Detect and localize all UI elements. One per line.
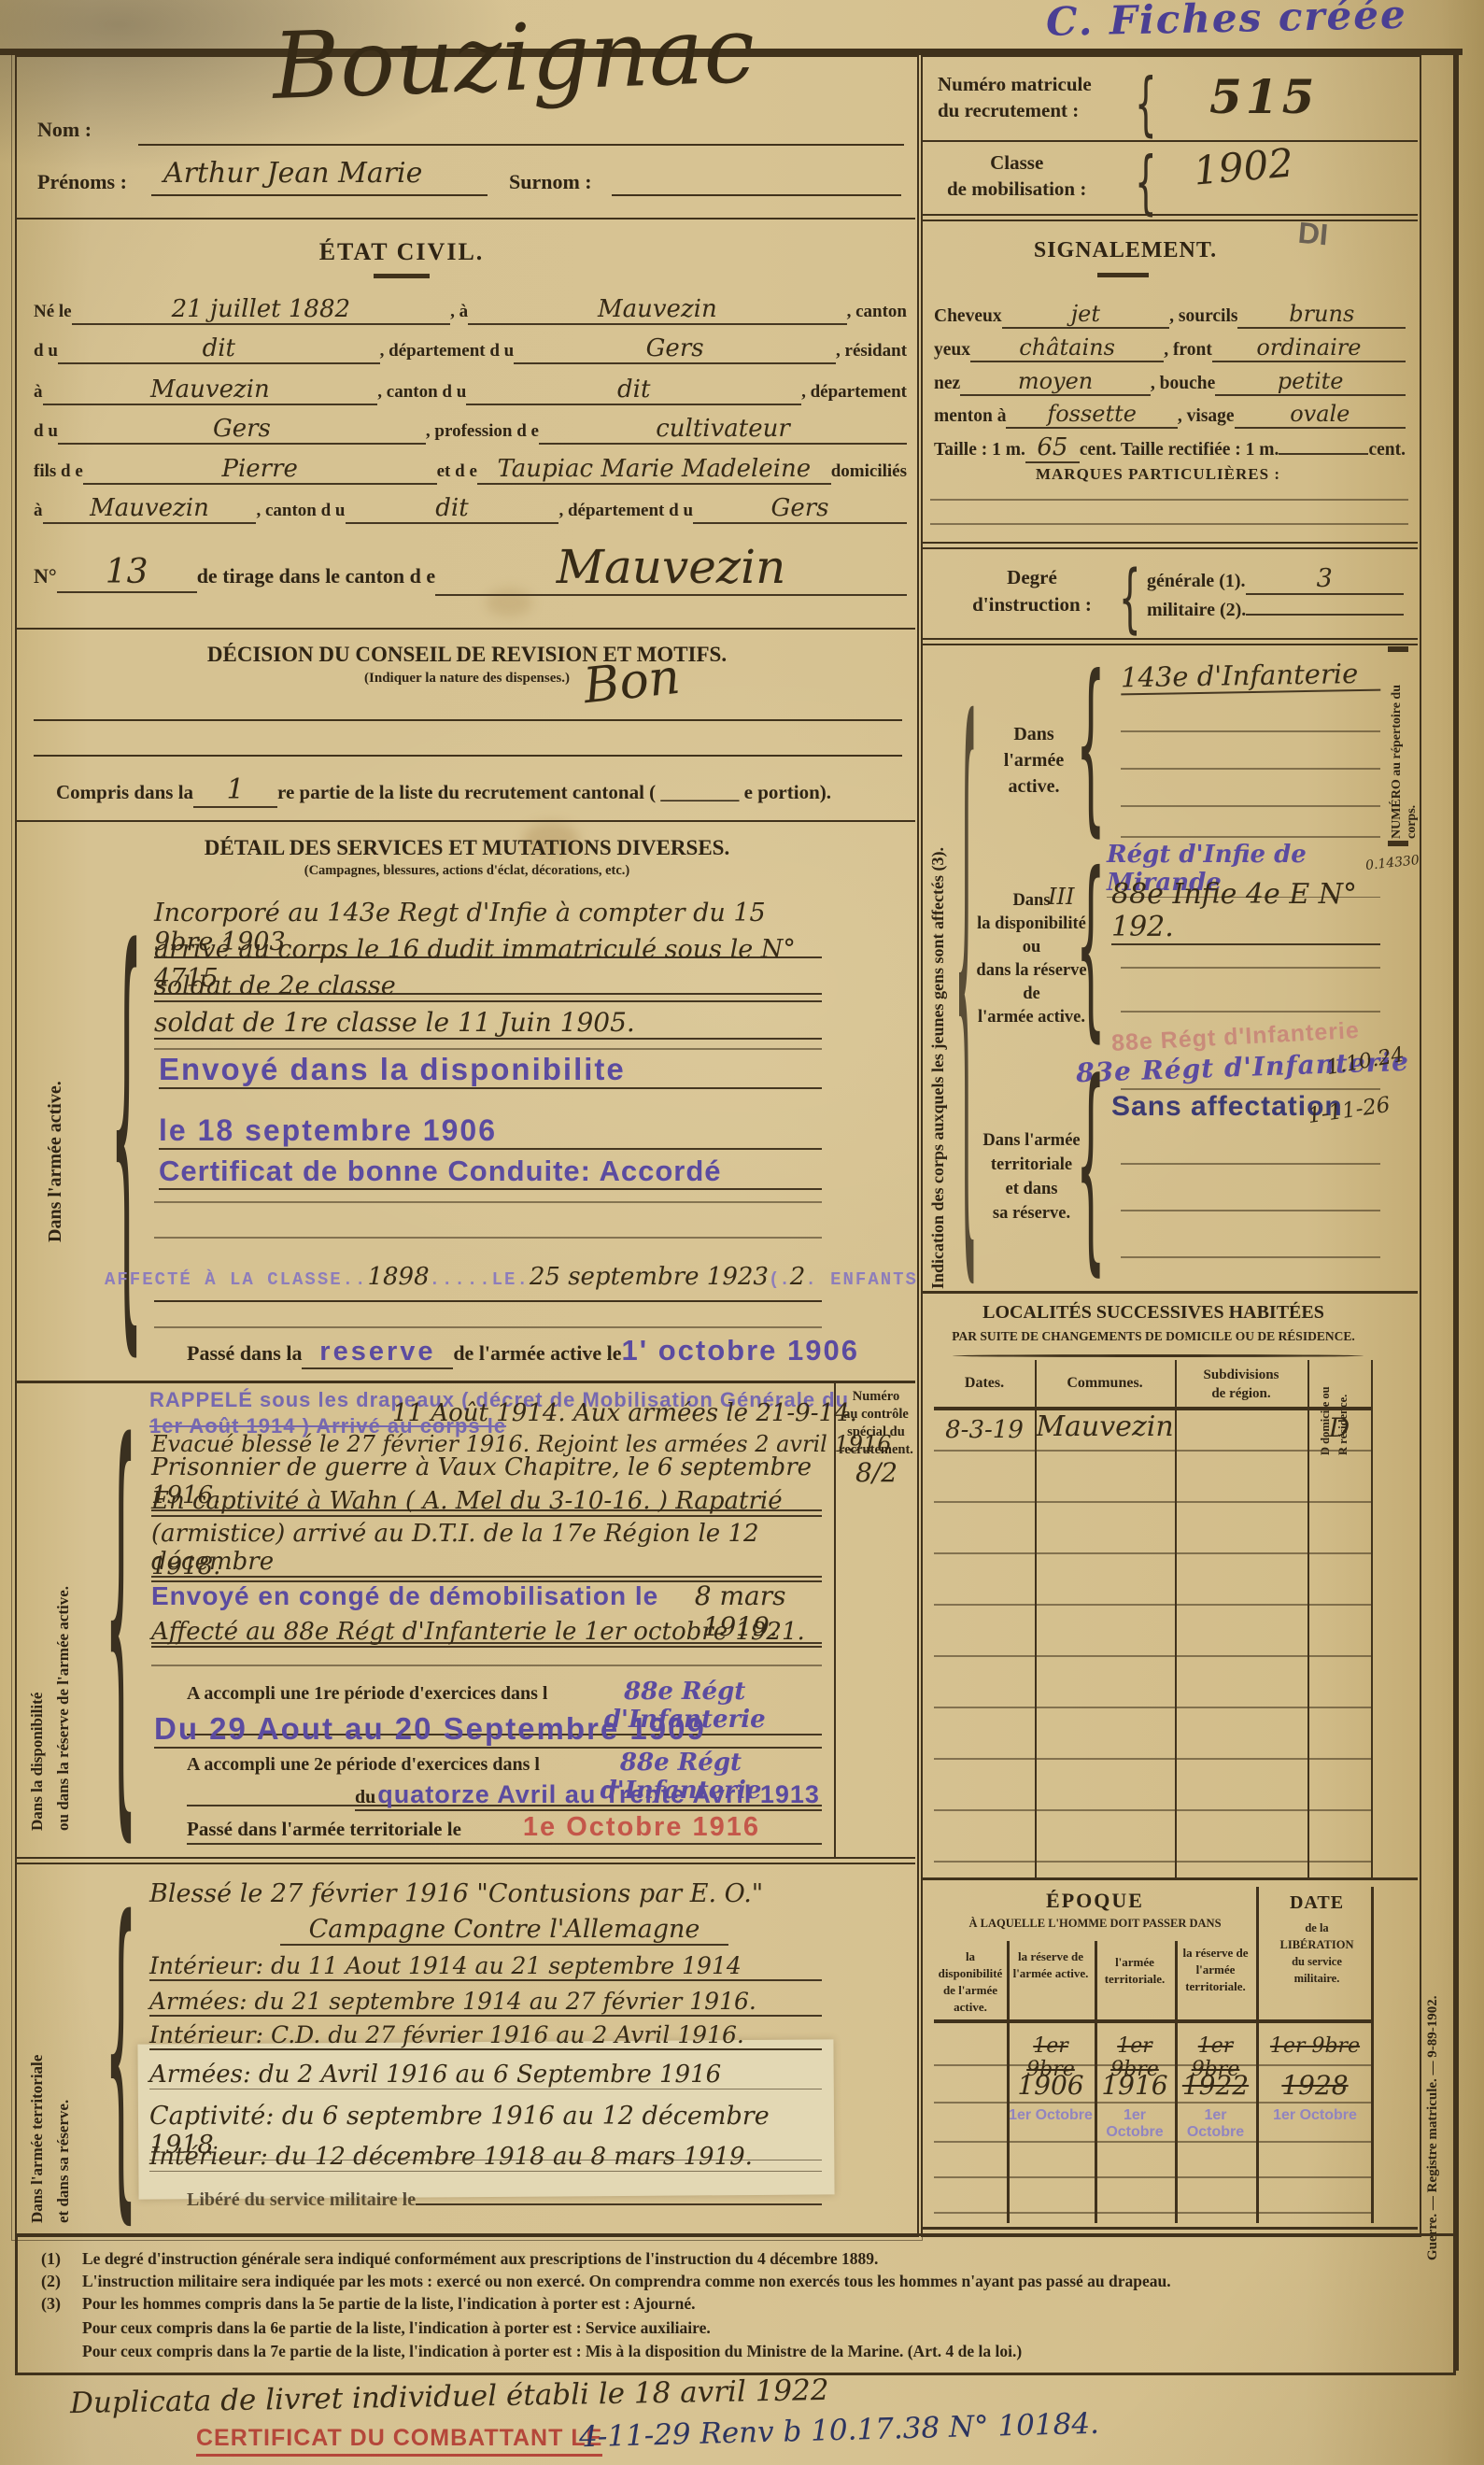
- epoque-subtitle: À LAQUELLE L'HOMME DOIT PASSER DANS: [934, 1917, 1256, 1931]
- epoque-hw-entry: 1er 9bre: [1261, 2034, 1369, 2058]
- libere-line: Libéré du service militaire le: [187, 2189, 822, 2211]
- divider: [15, 820, 915, 822]
- militaire-blank: [1246, 614, 1404, 616]
- label-line: de: [1023, 985, 1040, 1003]
- armee-active-side-label: Dans l'armée active.: [45, 934, 66, 1242]
- octobre-stamp: 1er Octobre: [1177, 2107, 1254, 2141]
- affecte-classe-value: 1898: [367, 1263, 429, 1291]
- compris-num: 1: [193, 773, 277, 808]
- disponibilite-side-label: Dans la disponibilité ou dans la réserve…: [24, 1401, 82, 1831]
- degre-militaire-row: militaire (2).: [1147, 600, 1404, 621]
- side-label-line: Dans la disponibilité: [28, 1693, 46, 1831]
- octobre-1916-stamp: 1e Octobre 1916: [461, 1812, 822, 1843]
- etat-civil-line-5: fils d e Pierre et d e Taupiac Marie Mad…: [34, 455, 907, 485]
- divider: [15, 628, 915, 630]
- passe-mid: de l'armée active le: [453, 1341, 621, 1366]
- table-row-line: [934, 2212, 1371, 2214]
- passe-territoriale-line: Passé dans l'armée territoriale le 1e Oc…: [187, 1812, 822, 1845]
- classe-label: Classe de mobilisation :: [947, 149, 1086, 202]
- divider: [921, 1877, 1418, 1880]
- armistice-entry-2: 1918.: [151, 1552, 822, 1582]
- section-divider: [15, 1381, 915, 1383]
- blank-line: [1121, 967, 1380, 969]
- label-line: Subdivisions: [1204, 1367, 1279, 1382]
- departement-label: , département d u: [558, 501, 693, 521]
- signalement-title: SIGNALEMENT.: [971, 238, 1279, 263]
- residant-label: , résidant: [836, 341, 907, 361]
- epoque-col4-header: la réserve de l'armée territoriale.: [1177, 1945, 1254, 1995]
- blank-line: [930, 499, 1408, 501]
- compris-pre: Compris dans la: [56, 781, 193, 804]
- brace: [1076, 652, 1106, 839]
- tirage-label: de tirage dans le canton d e: [197, 564, 435, 588]
- divider: [921, 547, 1418, 549]
- sourcils-label: , sourcils: [1169, 306, 1237, 327]
- section-brace: [105, 1394, 137, 1842]
- epoque-column-line: [1256, 1887, 1259, 2223]
- armees-entry: Armées: du 2 Avril 1916 au 6 Septembre 1…: [149, 2061, 822, 2090]
- campagne-entry: Campagne Contre l'Allemagne: [280, 1915, 728, 1946]
- table-row-line: [934, 1552, 1371, 1554]
- service-entry: soldat de 2e classe: [154, 971, 822, 1002]
- col-header-dates: Dates.: [934, 1375, 1035, 1392]
- table-column-line: [1175, 1360, 1177, 1877]
- taille-label: Taille : 1 m.: [934, 440, 1025, 460]
- ne-label: Né le: [34, 302, 72, 322]
- armee-active-label: Dans l'armée active.: [982, 721, 1085, 800]
- nez-value: moyen: [960, 368, 1151, 396]
- label-line: territoriale: [991, 1155, 1072, 1174]
- octobre-stamp: 1er Octobre: [1261, 2107, 1369, 2124]
- blank-line: [1121, 730, 1380, 732]
- reserve-stamp: reserve: [302, 1337, 453, 1369]
- divider: [921, 638, 1418, 640]
- classe-value: 1902: [1192, 139, 1295, 193]
- localite-row-commune: Mauvezin: [1035, 1410, 1175, 1443]
- divider: [921, 220, 1418, 221]
- numero-repertoire-label: NUMÉRO au répertoire du corps.: [1390, 656, 1420, 839]
- taille-rectifiee-label: cent. Taille rectifiée : 1 m.: [1080, 440, 1279, 460]
- disponibilite-label: Dans la disponibilité ou dans la réserve…: [973, 889, 1090, 1029]
- fils-label: fils d e: [34, 461, 83, 482]
- label-line: la disponibilité: [977, 914, 1086, 933]
- label-line: de la: [1305, 1921, 1328, 1934]
- blank-line: [154, 1326, 822, 1328]
- services-subtitle: (Campagnes, blessures, actions d'éclat, …: [93, 863, 841, 879]
- outer-right-border: [1453, 49, 1459, 2371]
- canton-label: , canton d u: [256, 501, 345, 521]
- taille-rectifiee-blank: [1279, 453, 1368, 455]
- birth-place: Mauvezin: [468, 295, 846, 325]
- passe-reserve-line: Passé dans la reserve de l'armée active …: [187, 1334, 859, 1369]
- certificat-combattant-stamp: CERTIFICAT DU COMBATTANT LE: [196, 2425, 602, 2457]
- signalement-row: menton à fossette , visage ovale: [934, 401, 1406, 429]
- epoque-year: 1916: [1096, 2070, 1173, 2101]
- label-line: sa réserve.: [993, 1204, 1070, 1223]
- label-line: ou: [1023, 938, 1041, 956]
- blank-line: [154, 1201, 822, 1203]
- mother-name: Taupiac Marie Madeleine: [477, 455, 831, 485]
- a-label: à: [34, 501, 43, 521]
- affecte-pre: AFFECTÉ À LA CLASSE..: [105, 1269, 367, 1290]
- corps-active-value: 143e d'Infanterie: [1121, 658, 1381, 696]
- canton-label: , canton: [847, 302, 907, 322]
- table-row-line: [934, 2102, 1371, 2104]
- prenoms-value: Arthur Jean Marie: [163, 157, 422, 190]
- blank-line: [930, 523, 1408, 525]
- menton-value: fossette: [1006, 401, 1177, 429]
- certificat-date-note: 4-11-29 Renv b 10.17.38 N° 10184.: [579, 2407, 1100, 2455]
- classe-label-line: Classe: [990, 151, 1043, 174]
- date-stamp: le 18 septembre 1906: [159, 1113, 822, 1150]
- affecte-end: . ENFANTS: [805, 1269, 918, 1290]
- divider: [921, 1291, 1418, 1294]
- header-flourish: [953, 1354, 1364, 1357]
- service-entry: soldat de 1re classe le 11 Juin 1905.: [154, 1007, 822, 1040]
- compris-line: Compris dans la 1 re partie de la liste …: [56, 773, 878, 808]
- cheveux-value: jet: [1002, 301, 1170, 329]
- libere-blank: [416, 2203, 822, 2205]
- residence-canton: dit: [466, 375, 801, 405]
- footnote-text: Pour ceux compris dans la 7e partie de l…: [82, 2342, 1427, 2361]
- territoriale-side-label: Dans l'armée territoriale et dans sa rés…: [24, 1887, 82, 2223]
- profession-label: , profession d e: [426, 421, 539, 442]
- etat-civil-line-1: Né le 21 juillet 1882 , à Mauvezin , can…: [34, 295, 907, 325]
- front-label: , front: [1164, 340, 1212, 361]
- marques-label: MARQUES PARTICULIÈRES :: [971, 465, 1345, 484]
- epoque-year: 1922: [1177, 2070, 1254, 2101]
- decision-title: DÉCISION DU CONSEIL DE REVISION ET MOTIF…: [93, 643, 841, 667]
- signalement-row: Cheveux jet , sourcils bruns: [934, 301, 1406, 329]
- side-label-line: Dans l'armée territoriale: [28, 2055, 46, 2223]
- title-tick: [374, 274, 430, 278]
- table-row-line: [934, 1809, 1371, 1811]
- nom-label: Nom :: [37, 118, 92, 142]
- decision-subtitle: (Indiquer la nature des dispenses.): [93, 671, 841, 687]
- degre-label-line: Degré: [1007, 566, 1057, 588]
- departement-label: , département d u: [380, 341, 515, 361]
- fiches-note: C. Fiches créée: [1046, 0, 1484, 45]
- etat-civil-line-2: d u dit , département d u Gers , résidan…: [34, 334, 907, 364]
- table-row-line: [934, 1758, 1371, 1760]
- degre-label: Degré d'instruction :: [962, 564, 1102, 618]
- side-label-line: ou dans la réserve de l'armée active.: [54, 1586, 72, 1831]
- numero-bracket: [1388, 841, 1408, 846]
- col-header-subdivisions: Subdivisions de région.: [1175, 1366, 1307, 1403]
- label-line: du service: [1292, 1955, 1342, 1968]
- label-line: l'armée active.: [1004, 750, 1064, 797]
- periode2-dates-stamp: quatorze Avril au Trente Avril 1913: [375, 1780, 822, 1809]
- surnom-underline: [612, 194, 901, 196]
- visage-label: , visage: [1178, 406, 1235, 427]
- footnote-text: Le degré d'instruction générale sera ind…: [82, 2249, 1427, 2269]
- nez-label: nez: [934, 374, 960, 394]
- label-line: de région.: [1211, 1386, 1270, 1401]
- title-tick: [1097, 273, 1149, 277]
- domicilies-label: domiciliés: [831, 461, 907, 482]
- degre-generale-row: générale (1). 3: [1147, 564, 1404, 595]
- epoque-col2-header: la réserve de l'armée active.: [1009, 1948, 1093, 1982]
- section-divider: [15, 1863, 915, 1864]
- footnote-number: (3): [41, 2294, 61, 2314]
- d-label: d u: [34, 421, 58, 442]
- affecte-date: 25 septembre 1923: [530, 1263, 769, 1291]
- visage-value: ovale: [1235, 401, 1406, 429]
- label-line: et dans: [1005, 1180, 1057, 1198]
- birth-departement: Gers: [514, 334, 836, 364]
- passe-pre: Passé dans la: [187, 1341, 302, 1366]
- libere-label: Libéré du service militaire le: [187, 2189, 416, 2211]
- blank-line: [1121, 805, 1380, 807]
- label-line: Dans l'armée: [982, 1131, 1080, 1150]
- octobre-1906-stamp: 1' octobre 1906: [622, 1334, 859, 1367]
- margin-imprint: Guerre. — Registre matricule. — 9-89-190…: [1425, 1756, 1441, 2260]
- signalement-row: nez moyen , bouche petite: [934, 368, 1406, 396]
- d-label: d u: [34, 341, 58, 361]
- epoque-col1-header: la disponibilité de l'armée active.: [934, 1948, 1007, 2016]
- classe-label-line: de mobilisation :: [947, 177, 1086, 200]
- passe-territoriale-label: Passé dans l'armée territoriale le: [187, 1818, 461, 1841]
- footnote-text: Pour ceux compris dans la 6e partie de l…: [82, 2318, 1427, 2338]
- periode1-label: A accompli une 1re période d'exercices d…: [187, 1683, 547, 1705]
- divider: [921, 214, 1418, 216]
- blank-line: [1121, 1011, 1380, 1013]
- birth-date: 21 juillet 1882: [72, 295, 450, 325]
- a-label: à: [34, 382, 43, 403]
- brace: [1076, 1054, 1106, 1278]
- localite-row-dr: D: [1307, 1412, 1371, 1443]
- epoque-column-line: [1371, 1887, 1374, 2223]
- signalement-row: yeux châtains , front ordinaire: [934, 334, 1406, 362]
- degre-label-line: d'instruction :: [972, 593, 1092, 616]
- section-brace: [105, 1879, 137, 2225]
- affecte-88-entry: Affecté au 88e Régt d'Infanterie le 1er …: [151, 1618, 822, 1648]
- domicile-canton: dit: [346, 494, 559, 524]
- sourcils-value: bruns: [1237, 301, 1406, 329]
- label-line: Dans: [1012, 891, 1050, 910]
- inf88-entry: 88e Infie 4e E N° 192.: [1111, 878, 1380, 945]
- indication-corps-side-label: Indication des corps auxquels les jeunes…: [928, 654, 948, 1289]
- profession: cultivateur: [539, 415, 907, 445]
- table-row-line: [934, 1501, 1371, 1503]
- date-col-subtitle: de la LIBÉRATION du service militaire.: [1263, 1920, 1371, 1987]
- date-col-title: DATE: [1263, 1892, 1371, 1914]
- label-line: l'armée active.: [978, 1008, 1085, 1027]
- registre-matricule-sheet: C. Fiches créée Nom : Bouzignac Prénoms …: [0, 0, 1484, 2465]
- label-line: Dans: [1013, 724, 1053, 744]
- rappele-handwritten: 11 Août 1914. Aux armées le 21-9-14.: [392, 1399, 857, 1427]
- divider: [921, 140, 1418, 142]
- disponibilite-stamp: Envoyé dans la disponibilite: [159, 1052, 822, 1089]
- a-label: , à: [450, 302, 468, 322]
- table-row-line: [934, 1861, 1371, 1863]
- residence-departement: Gers: [58, 415, 426, 445]
- yeux-label: yeux: [934, 340, 970, 361]
- divider: [15, 218, 915, 220]
- territoriale-label: Dans l'armée territoriale et dans sa rés…: [973, 1128, 1090, 1225]
- bouche-value: petite: [1215, 368, 1406, 396]
- table-row-line: [934, 1655, 1371, 1657]
- interieur-entry: Intérieur: C.D. du 27 février 1916 au 2 …: [149, 2021, 822, 2050]
- father-name: Pierre: [83, 455, 437, 485]
- footnote-text: L'instruction militaire sera indiquée pa…: [82, 2272, 1427, 2291]
- footnote-text: Pour les hommes compris dans la 5e parti…: [82, 2294, 1427, 2314]
- numero-label: N°: [34, 564, 57, 588]
- surnom-label: Surnom :: [509, 170, 592, 194]
- du-label: du: [355, 1787, 375, 1808]
- controle-header-line: Numéro: [853, 1389, 899, 1404]
- cent-label: cent.: [1368, 440, 1406, 460]
- table-row-line: [934, 1707, 1371, 1708]
- blank-line: [1121, 1163, 1380, 1165]
- etat-civil-line-3: à Mauvezin , canton d u dit , départemen…: [34, 375, 907, 405]
- matricule-number: 515: [1209, 69, 1318, 124]
- divider: [921, 542, 1418, 544]
- militaire-label: militaire (2).: [1147, 600, 1246, 621]
- label-line: LIBÉRATION: [1280, 1938, 1354, 1951]
- affecte-enfants: 2: [790, 1263, 806, 1291]
- nom-underline: [138, 144, 904, 146]
- brace: [1119, 560, 1141, 636]
- brace: [1076, 848, 1106, 1044]
- domicile-departement: Gers: [693, 494, 907, 524]
- yeux-value: châtains: [970, 334, 1164, 362]
- blank-line: [1121, 1088, 1380, 1090]
- demobilisation-stamp: Envoyé en congé de démobilisation le: [151, 1581, 658, 1611]
- et-de-label: et d e: [437, 461, 477, 482]
- decision-value: Bon: [581, 649, 683, 715]
- matricule-label: Numéro matricule du recrutement :: [938, 71, 1092, 123]
- menton-label: menton à: [934, 406, 1006, 427]
- blank-line: [1121, 768, 1380, 770]
- section-divider: [15, 1857, 915, 1859]
- captivite-entry: En captivité à Wahn ( A. Mel du 3-10-16.…: [151, 1487, 822, 1517]
- bonne-conduite-stamp: Certificat de bonne Conduite: Accordé: [159, 1155, 822, 1190]
- localites-subtitle: PAR SUITE DE CHANGEMENTS DE DOMICILE OU …: [934, 1329, 1373, 1344]
- epoque-col3-header: l'armée territoriale.: [1096, 1954, 1173, 1988]
- taille-value: 65: [1025, 433, 1080, 463]
- periode2-dates-line: du quatorze Avril au Trente Avril 1913: [355, 1780, 822, 1811]
- taille-row: Taille : 1 m. 65 cent. Taille rectifiée …: [934, 433, 1406, 463]
- blank-line: [34, 719, 902, 721]
- epoque-year: 1906: [1009, 2070, 1093, 2101]
- divider: [921, 644, 1418, 645]
- domicile-place: Mauvezin: [43, 494, 257, 524]
- col-header-communes: Communes.: [1035, 1375, 1175, 1392]
- etat-civil-line-6: à Mauvezin , canton d u dit , départemen…: [34, 494, 907, 524]
- table-row-line: [934, 2176, 1371, 2178]
- matricule-label-line: du recrutement :: [938, 99, 1079, 121]
- divider: [921, 2227, 1418, 2230]
- blank-line: [1121, 1256, 1380, 1258]
- label-line: militaire.: [1294, 1972, 1340, 1985]
- blesse-entry: Blessé le 27 février 1916 "Contusions pa…: [149, 1879, 822, 1908]
- controle-value: 8/2: [855, 1457, 897, 1488]
- generale-value: 3: [1246, 564, 1404, 595]
- services-title: DÉTAIL DES SERVICES ET MUTATIONS DIVERSE…: [93, 836, 841, 860]
- table-column-line: [1371, 1360, 1373, 1877]
- table-row-line: [934, 2141, 1371, 2143]
- affecte-mid: .....LE.: [430, 1269, 530, 1290]
- birth-canton: dit: [58, 334, 380, 364]
- front-value: ordinaire: [1212, 334, 1406, 362]
- generale-label: générale (1).: [1147, 571, 1246, 592]
- footnote-number: (2): [41, 2272, 61, 2291]
- blank-line: [154, 1048, 822, 1050]
- table-row-line: [934, 2064, 1371, 2066]
- matricule-label-line: Numéro matricule: [938, 73, 1092, 95]
- blank-line: [1121, 836, 1380, 838]
- table-row-line: [934, 1604, 1371, 1606]
- periode1-dates-stamp: Du 29 Aout au 20 Septembre 1909: [154, 1711, 822, 1749]
- epoque-header-rule: [934, 2019, 1371, 2023]
- affecte-paren: (.: [769, 1269, 790, 1290]
- blank-line: [151, 1665, 822, 1666]
- octobre-stamp: 1er Octobre: [1009, 2107, 1093, 2124]
- localite-row-date: 8-3-19: [934, 1416, 1035, 1444]
- cheveux-label: Cheveux: [934, 306, 1002, 327]
- blank-line: [1121, 1210, 1380, 1211]
- periode2-label: A accompli une 2e période d'exercices da…: [187, 1754, 540, 1776]
- footnote-number: (1): [41, 2249, 61, 2269]
- pencil-annotation: DI: [1296, 216, 1329, 253]
- epoque-year: 1928: [1261, 2070, 1369, 2101]
- departement-label: , département: [801, 382, 907, 403]
- canton-label: , canton d u: [377, 382, 466, 403]
- brace: [1135, 69, 1157, 138]
- epoque-title: ÉPOQUE: [934, 1889, 1256, 1913]
- compris-post: re partie de la liste du recrutement can…: [277, 781, 831, 804]
- table-row-line: [934, 1450, 1371, 1452]
- etat-civil-line-4: d u Gers , profession d e cultivateur: [34, 415, 907, 445]
- tirage-line: N° 13 de tirage dans le canton d e Mauve…: [34, 540, 907, 596]
- blank-line: [154, 1300, 822, 1302]
- residence-place: Mauvezin: [43, 375, 378, 405]
- blank-line: [154, 1237, 822, 1239]
- brace: [1135, 148, 1157, 217]
- armees-entry: Armées: du 21 septembre 1914 au 27 févri…: [149, 1988, 822, 2017]
- blank-line: [34, 755, 902, 757]
- tirage-number: 13: [57, 553, 197, 593]
- affecte-classe-line: AFFECTÉ À LA CLASSE.. 1898 .....LE. 25 s…: [105, 1263, 870, 1291]
- interieur-entry: Intérieur: du 12 décembre 1918 au 8 mars…: [149, 2143, 822, 2172]
- bouche-label: , bouche: [1151, 374, 1215, 394]
- etat-civil-title: ÉTAT CIVIL.: [196, 238, 607, 266]
- octobre-stamp: 1er Octobre: [1096, 2107, 1173, 2141]
- localites-title: LOCALITÉS SUCCESSIVES HABITÉES: [934, 1302, 1373, 1324]
- interieur-entry: Intérieur: du 11 Aout 1914 au 21 septemb…: [149, 1952, 822, 1981]
- tirage-canton: Mauvezin: [435, 540, 907, 596]
- duplicata-note: Duplicata de livret individuel établi le…: [70, 2373, 829, 2420]
- prenoms-label: Prénoms :: [37, 170, 127, 194]
- prenoms-underline: [151, 194, 488, 196]
- side-label-line: et dans sa réserve.: [54, 2100, 72, 2223]
- label-line: dans la réserve: [976, 961, 1086, 980]
- numero-bracket: [1388, 646, 1408, 652]
